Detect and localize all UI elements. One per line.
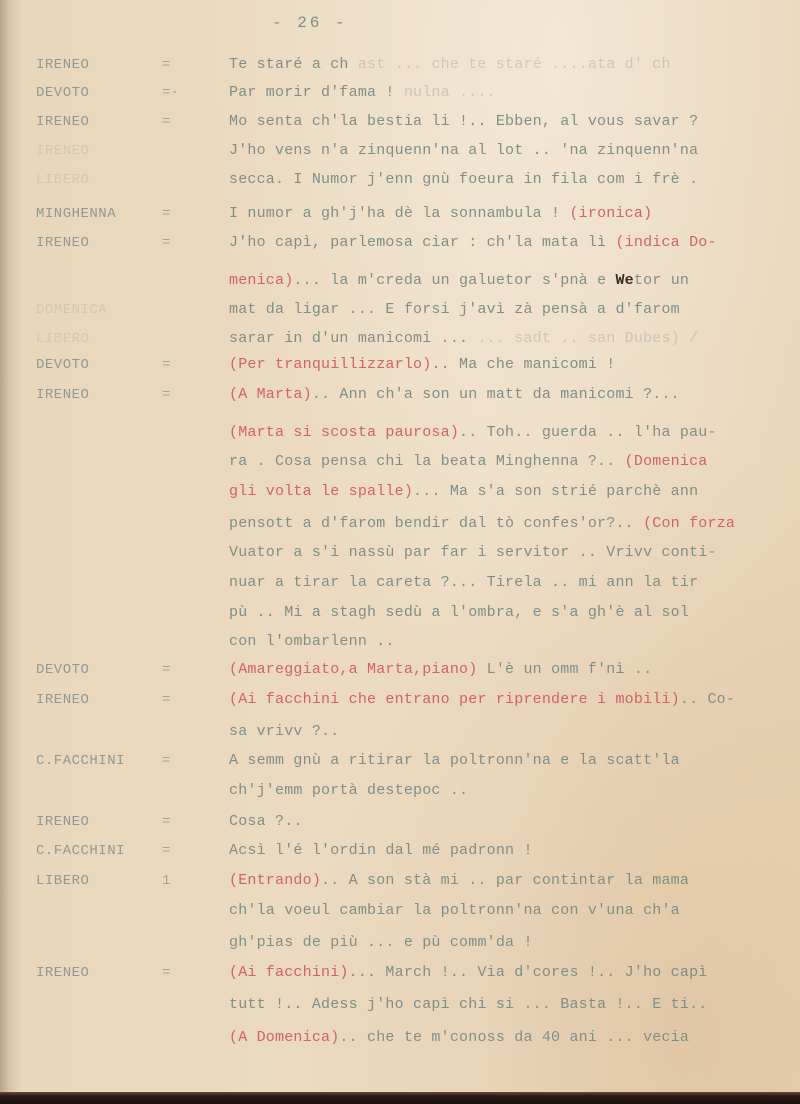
speaker-name: IRENEO <box>36 138 89 164</box>
dialogue-text: tutt !.. Adess j'ho capì chi si ... Bast… <box>229 996 707 1013</box>
separator: = <box>162 657 170 683</box>
dialogue-line: nuar a tirar la careta ?... Tirela .. mi… <box>0 570 800 596</box>
dialogue-text: ast ... che te staré ....ata d' ch <box>358 56 671 73</box>
dialogue-text: Cosa ?.. <box>229 813 303 830</box>
typewritten-page: - 26 - IRENEO=Te staré a ch ast ... che … <box>0 0 800 1092</box>
speaker-name: IRENEO <box>36 960 89 986</box>
dialogue-line: gh'pias de più ... e pù comm'da ! <box>0 930 800 956</box>
dialogue-text: .. Toh.. guerda .. l'ha pau- <box>459 424 717 441</box>
dialogue-text: secca. I Numor j'enn gnù foeura in fila … <box>229 171 698 188</box>
line-text: secca. I Numor j'enn gnù foeura in fila … <box>229 167 698 193</box>
dialogue-text: Acsì l'é l'ordin dal mé padronn ! <box>229 842 533 859</box>
speaker-name: DEVOTO <box>36 657 89 683</box>
dialogue-line: ch'j'emm portà destepoc .. <box>0 778 800 804</box>
stage-direction: (ironica) <box>569 205 652 222</box>
line-text: gh'pias de più ... e pù comm'da ! <box>229 930 533 956</box>
dialogue-line: LIBEROsarar in d'un manicomi ... ... sad… <box>0 326 800 352</box>
dialogue-text: ... March !.. Via d'cores !.. J'ho capì <box>349 964 708 981</box>
line-text: Te staré a ch ast ... che te staré ....a… <box>229 52 671 78</box>
dialogue-line: ra . Cosa pensa chi la beata Minghenna ?… <box>0 449 800 475</box>
separator: = <box>162 382 170 408</box>
dialogue-text: We <box>615 272 633 289</box>
line-text: ch'j'emm portà destepoc .. <box>229 778 468 804</box>
line-text: (Marta si scosta paurosa).. Toh.. guerda… <box>229 420 717 446</box>
line-text: A semm gnù a ritirar la poltronn'na e la… <box>229 748 680 774</box>
speaker-name: C.FACCHINI <box>36 748 125 774</box>
stage-direction: (Ai facchini) <box>229 964 349 981</box>
dialogue-text: nulna .... <box>404 84 496 101</box>
speaker-name: IRENEO <box>36 52 89 78</box>
dialogue-line: con l'ombarlenn .. <box>0 629 800 655</box>
stage-direction: (Entrando) <box>229 872 321 889</box>
speaker-name: DEVOTO <box>36 352 89 378</box>
separator: = <box>162 352 170 378</box>
dialogue-text: pensott a d'farom bendir dal tò confes'o… <box>229 515 643 532</box>
line-text: (A Domenica).. che te m'conoss da 40 ani… <box>229 1025 689 1051</box>
dialogue-text: ch'la voeul cambiar la poltronn'na con v… <box>229 902 680 919</box>
line-text: Mo senta ch'la bestia li !.. Ebben, al v… <box>229 109 698 135</box>
dialogue-text: A semm gnù a ritirar la poltronn'na e la… <box>229 752 680 769</box>
separator: = <box>162 52 170 78</box>
speaker-name: LIBERO <box>36 326 89 352</box>
dialogue-line: DEVOTO=·Par morir d'fama ! nulna .... <box>0 80 800 106</box>
dialogue-line: gli volta le spalle)... Ma s'a son strié… <box>0 479 800 505</box>
dialogue-text: .. A son stà mi .. par contintar la mama <box>321 872 689 889</box>
dialogue-line: DEVOTO=(Amareggiato,a Marta,piano) L'è u… <box>0 657 800 683</box>
dialogue-line: pensott a d'farom bendir dal tò confes'o… <box>0 511 800 537</box>
line-text: ch'la voeul cambiar la poltronn'na con v… <box>229 898 680 924</box>
dialogue-text: Par morir d'fama ! <box>229 84 404 101</box>
separator: = <box>162 687 170 713</box>
line-text: menica)... la m'creda un galuetor s'pnà … <box>229 268 689 294</box>
dialogue-text: I numor a gh'j'ha dè la sonnambula ! <box>229 205 569 222</box>
stage-direction: (Con forza <box>643 515 735 532</box>
page-number: - 26 - <box>272 14 348 32</box>
line-text: (A Marta).. Ann ch'a son un matt da mani… <box>229 382 680 408</box>
dialogue-text: gh'pias de più ... e pù comm'da ! <box>229 934 533 951</box>
stage-direction: (A Marta) <box>229 386 312 403</box>
line-text: Acsì l'é l'ordin dal mé padronn ! <box>229 838 533 864</box>
speaker-name: C.FACCHINI <box>36 838 125 864</box>
dialogue-text: sarar in d'un manicomi ... <box>229 330 477 347</box>
line-text: sa vrivv ?.. <box>229 719 339 745</box>
dialogue-line: DEVOTO=(Per tranquillizzarlo).. Ma che m… <box>0 352 800 378</box>
dialogue-line: DOMENICAmat da ligar ... E forsi j'avì z… <box>0 297 800 323</box>
dialogue-line: LIBEROsecca. I Numor j'enn gnù foeura in… <box>0 167 800 193</box>
separator: = <box>162 838 170 864</box>
dialogue-line: tutt !.. Adess j'ho capì chi si ... Bast… <box>0 992 800 1018</box>
dialogue-text: ... Ma s'a son strié parchè ann <box>413 483 698 500</box>
dialogue-line: IRENEO=Te staré a ch ast ... che te star… <box>0 52 800 78</box>
stage-direction: (indica Do- <box>615 234 716 251</box>
line-text: I numor a gh'j'ha dè la sonnambula ! (ir… <box>229 201 652 227</box>
dialogue-line: ch'la voeul cambiar la poltronn'na con v… <box>0 898 800 924</box>
dialogue-text: nuar a tirar la careta ?... Tirela .. mi… <box>229 574 698 591</box>
speaker-name: IRENEO <box>36 687 89 713</box>
separator: 1 <box>162 868 170 894</box>
line-text: sarar in d'un manicomi ... ... sadt .. s… <box>229 326 698 352</box>
separator: = <box>162 201 170 227</box>
dialogue-text: ... sadt .. san Dubes) / <box>477 330 698 347</box>
dialogue-line: (Marta si scosta paurosa).. Toh.. guerda… <box>0 420 800 446</box>
stage-direction: (Per tranquillizzarlo) <box>229 356 431 373</box>
dialogue-line: IRENEO=Mo senta ch'la bestia li !.. Ebbe… <box>0 109 800 135</box>
dialogue-text: J'ho vens n'a zinquenn'na al lot .. 'na … <box>229 142 698 159</box>
line-text: pù .. Mi a stagh sedù a l'ombra, e s'a g… <box>229 600 689 626</box>
dialogue-line: (A Domenica).. che te m'conoss da 40 ani… <box>0 1025 800 1051</box>
dialogue-text: Vuator a s'i nassù par far i servitor ..… <box>229 544 717 561</box>
dialogue-line: IRENEO=Cosa ?.. <box>0 809 800 835</box>
dialogue-line: IRENEO=(Ai facchini che entrano per ripr… <box>0 687 800 713</box>
separator: = <box>162 960 170 986</box>
stage-direction: (Domenica <box>625 453 708 470</box>
dialogue-line: IRENEO=(Ai facchini)... March !.. Via d'… <box>0 960 800 986</box>
line-text: ra . Cosa pensa chi la beata Minghenna ?… <box>229 449 708 475</box>
separator: = <box>162 809 170 835</box>
dialogue-text: sa vrivv ?.. <box>229 723 339 740</box>
speaker-name: IRENEO <box>36 809 89 835</box>
dialogue-text: L'è un omm f'nì .. <box>477 661 652 678</box>
dialogue-text: Mo senta ch'la bestia li !.. Ebben, al v… <box>229 113 698 130</box>
separator: = <box>162 230 170 256</box>
speaker-name: LIBERO <box>36 868 89 894</box>
stage-direction: menica) <box>229 272 293 289</box>
line-text: pensott a d'farom bendir dal tò confes'o… <box>229 511 735 537</box>
line-text: (Entrando).. A son stà mi .. par contint… <box>229 868 689 894</box>
stage-direction: gli volta le spalle) <box>229 483 413 500</box>
speaker-name: DEVOTO <box>36 80 89 106</box>
dialogue-text: ra . Cosa pensa chi la beata Minghenna ?… <box>229 453 625 470</box>
dialogue-line: IRENEOJ'ho vens n'a zinquenn'na al lot .… <box>0 138 800 164</box>
dialogue-line: pù .. Mi a stagh sedù a l'ombra, e s'a g… <box>0 600 800 626</box>
dialogue-line: MINGHENNA=I numor a gh'j'ha dè la sonnam… <box>0 201 800 227</box>
dialogue-text: J'ho capì, parlemosa ciar : ch'la mata l… <box>229 234 615 251</box>
line-text: (Per tranquillizzarlo).. Ma che manicomi… <box>229 352 615 378</box>
line-text: gli volta le spalle)... Ma s'a son strié… <box>229 479 698 505</box>
dialogue-line: C.FACCHINI=A semm gnù a ritirar la poltr… <box>0 748 800 774</box>
line-text: (Amareggiato,a Marta,piano) L'è un omm f… <box>229 657 652 683</box>
line-text: (Ai facchini)... March !.. Via d'cores !… <box>229 960 707 986</box>
stage-direction: (Ai facchini che entrano per riprendere … <box>229 691 680 708</box>
page-bottom-edge <box>0 1092 800 1104</box>
dialogue-text: .. che te m'conoss da 40 ani ... vecia <box>339 1029 689 1046</box>
speaker-name: IRENEO <box>36 382 89 408</box>
speaker-name: IRENEO <box>36 230 89 256</box>
line-text: con l'ombarlenn .. <box>229 629 395 655</box>
line-text: tutt !.. Adess j'ho capì chi si ... Bast… <box>229 992 707 1018</box>
line-text: (Ai facchini che entrano per riprendere … <box>229 687 735 713</box>
dialogue-text: ch'j'emm portà destepoc .. <box>229 782 468 799</box>
speaker-name: LIBERO <box>36 167 89 193</box>
line-text: Vuator a s'i nassù par far i servitor ..… <box>229 540 717 566</box>
line-text: nuar a tirar la careta ?... Tirela .. mi… <box>229 570 698 596</box>
dialogue-line: IRENEO=(A Marta).. Ann ch'a son un matt … <box>0 382 800 408</box>
dialogue-line: IRENEO=J'ho capì, parlemosa ciar : ch'la… <box>0 230 800 256</box>
dialogue-text: tor un <box>634 272 689 289</box>
stage-direction: (Marta si scosta paurosa) <box>229 424 459 441</box>
dialogue-text: pù .. Mi a stagh sedù a l'ombra, e s'a g… <box>229 604 689 621</box>
separator: =· <box>162 80 179 106</box>
dialogue-line: C.FACCHINI=Acsì l'é l'ordin dal mé padro… <box>0 838 800 864</box>
speaker-name: MINGHENNA <box>36 201 116 227</box>
dialogue-text: .. Ann ch'a son un matt da manicomi ?... <box>312 386 680 403</box>
speaker-name: DOMENICA <box>36 297 107 323</box>
dialogue-line: Vuator a s'i nassù par far i servitor ..… <box>0 540 800 566</box>
dialogue-line: menica)... la m'creda un galuetor s'pnà … <box>0 268 800 294</box>
line-text: Par morir d'fama ! nulna .... <box>229 80 496 106</box>
dialogue-text: Te staré a ch <box>229 56 358 73</box>
dialogue-text: ... la m'creda un galuetor s'pnà e <box>293 272 615 289</box>
dialogue-text: .. Co- <box>680 691 735 708</box>
line-text: J'ho vens n'a zinquenn'na al lot .. 'na … <box>229 138 698 164</box>
dialogue-text: mat da ligar ... E forsi j'avì zà pensà … <box>229 301 680 318</box>
stage-direction: (Amareggiato,a Marta,piano) <box>229 661 477 678</box>
dialogue-line: sa vrivv ?.. <box>0 719 800 745</box>
dialogue-text: con l'ombarlenn .. <box>229 633 395 650</box>
separator: = <box>162 748 170 774</box>
line-text: Cosa ?.. <box>229 809 303 835</box>
speaker-name: IRENEO <box>36 109 89 135</box>
stage-direction: (A Domenica) <box>229 1029 339 1046</box>
separator: = <box>162 109 170 135</box>
line-text: J'ho capì, parlemosa ciar : ch'la mata l… <box>229 230 717 256</box>
dialogue-line: LIBERO1(Entrando).. A son stà mi .. par … <box>0 868 800 894</box>
line-text: mat da ligar ... E forsi j'avì zà pensà … <box>229 297 680 323</box>
dialogue-text: .. Ma che manicomi ! <box>431 356 615 373</box>
